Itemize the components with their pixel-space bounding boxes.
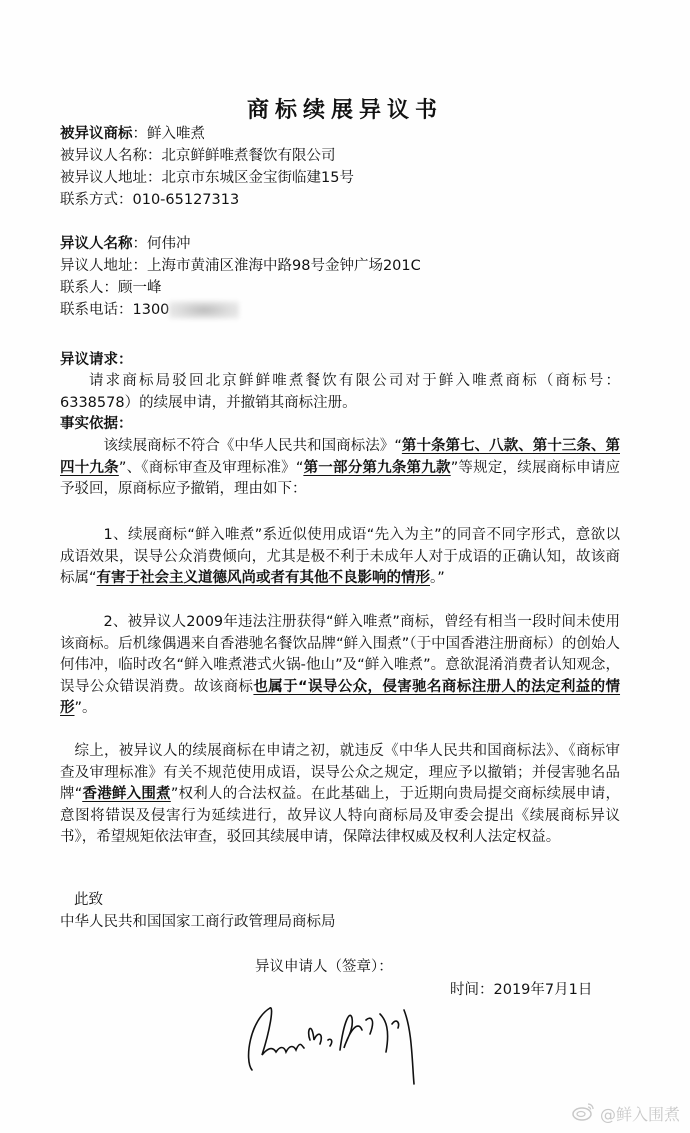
underlined-text: 第一部分第九条第九款 <box>303 460 450 476</box>
respondent-trademark: 被异议商标：鲜入唯煮 <box>60 124 205 144</box>
respondent-name: 被异议人名称：北京鲜鲜唯煮餐饮有限公司 <box>60 146 336 166</box>
recipient: 中华人民共和国国家工商行政管理局商标局 <box>60 912 336 932</box>
label: 联系人 <box>60 280 104 296</box>
document-page: 商标续展异议书 被异议商标：鲜入唯煮 被异议人名称：北京鲜鲜唯煮餐饮有限公司 被… <box>0 0 690 1133</box>
label: 被异议人名称 <box>60 148 147 164</box>
signature-image <box>240 1000 470 1085</box>
label: 异议人地址 <box>60 258 133 274</box>
text: 该续展商标不符合《中华人民共和国商标法》“ <box>104 438 402 454</box>
value: 北京市东城区金宝街临建15号 <box>162 170 354 186</box>
redaction-blur <box>169 301 239 319</box>
label: 联系电话 <box>60 302 118 318</box>
facts-summary: 综上，被异议人的续展商标在申请之初，就违反《中华人民共和国商标法》、《商标审查及… <box>60 741 620 849</box>
value: 010-65127313 <box>133 192 240 208</box>
label: 被异议人地址 <box>60 170 147 186</box>
opponent-contact-person: 联系人：顾一峰 <box>60 278 162 298</box>
label: 被异议商标 <box>60 126 133 142</box>
request-text: 请求商标局驳回北京鲜鲜唯煮餐饮有限公司对于鲜入唯煮商标（商标号：6338578）… <box>60 371 620 414</box>
weibo-logo-icon <box>572 1101 596 1125</box>
label: 联系方式 <box>60 192 118 208</box>
opponent-name: 异议人名称：何伟冲 <box>60 234 191 254</box>
document-title: 商标续展异议书 <box>0 93 690 124</box>
text: ”。 <box>75 700 97 716</box>
underlined-text: 有害于社会主义道德风尚或者有其他不良影响的情形 <box>97 570 431 586</box>
opponent-phone: 联系电话：1300 <box>60 300 239 320</box>
request-heading: 异议请求： <box>60 350 133 370</box>
respondent-address: 被异议人地址：北京市东城区金宝街临建15号 <box>60 168 354 188</box>
facts-intro: 该续展商标不符合《中华人民共和国商标法》“第十条第七、八款、第十三条、第四十九条… <box>60 436 620 501</box>
watermark-text: @鲜入围煮 <box>600 1102 680 1125</box>
date: 时间：2019年7月1日 <box>450 980 592 1000</box>
label: 异议人名称 <box>60 236 133 252</box>
value: 鲜入唯煮 <box>147 126 205 142</box>
value: 上海市黄浦区淮海中路98号金钟广场201C <box>147 258 421 274</box>
value: 何伟冲 <box>147 236 191 252</box>
facts-point-1: 1、续展商标“鲜入唯煮”系近似使用成语“先入为主”的同音不同字形式，意欲以成语效… <box>60 525 620 590</box>
underlined-text: 香港鲜入围煮 <box>82 786 171 802</box>
facts-heading: 事实依据： <box>60 414 133 434</box>
opponent-address: 异议人地址：上海市黄浦区淮海中路98号金钟广场201C <box>60 256 421 276</box>
salutation: 此致 <box>74 890 103 910</box>
value: 顾一峰 <box>118 280 162 296</box>
signer-label: 异议申请人（签章）： <box>255 957 393 977</box>
weibo-watermark: @鲜入围煮 <box>572 1101 680 1125</box>
value: 北京鲜鲜唯煮餐饮有限公司 <box>162 148 336 164</box>
text: ”、《商标审查及审理标准》“ <box>119 460 304 476</box>
text: 。” <box>430 570 445 586</box>
respondent-contact: 联系方式：010-65127313 <box>60 190 239 210</box>
facts-point-2: 2、被异议人2009年违法注册获得“鲜入唯煮”商标，曾经有相当一段时间未使用该商… <box>60 612 620 720</box>
value: 1300 <box>133 302 170 318</box>
